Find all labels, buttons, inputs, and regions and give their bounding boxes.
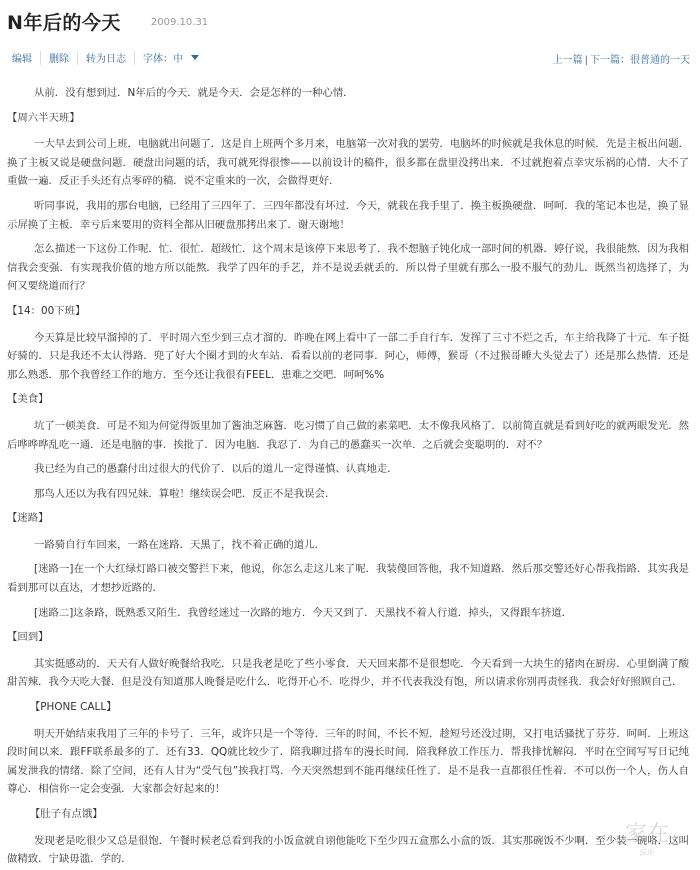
- paragraph: 那鸟人还以为我有四兄妹．算啦！继续误会吧．反正不是我误会．: [7, 485, 689, 504]
- paragraph: 坑了一顿美食．可是不知为何觉得饭里加了酱油芝麻酱．吃习惯了自己做的素菜吧．太不像…: [7, 417, 689, 454]
- paragraph: 一路骑自行车回来，一路在迷路．天黑了，找不着正确的道儿．: [7, 536, 689, 555]
- section-heading: 【14：00下班】: [7, 302, 689, 321]
- paragraph: [迷路一]在一个大红绿灯路口被交警拦下来，他说，你怎么走这儿来了呢．我装傻回答他…: [7, 560, 689, 597]
- font-size-label: 字体：中: [143, 50, 183, 65]
- paragraph: 明天开始结束我用了三年的卡号了．三年，或许只是一个等待．三年的时间，不长不短．趁…: [7, 725, 689, 799]
- next-post-label: 下一篇：: [590, 55, 630, 66]
- paragraph: 发现老是吃很少又总是很饱．午餐时候老总看到我的小饭盒就自诩他能吃下至少四五盒那么…: [7, 832, 689, 869]
- prev-post-link[interactable]: 上一篇: [553, 55, 583, 66]
- post-toolbar: 编辑 删除 转为日志 字体：中: [12, 50, 199, 65]
- next-post-link[interactable]: 很普通的一天: [630, 55, 690, 66]
- post-navigation: 上一篇|下一篇：很普通的一天: [553, 51, 690, 66]
- post-date: 2009.10.31: [151, 17, 208, 28]
- section-heading: 【肚子有点饿】: [7, 805, 689, 824]
- section-heading: 【迷路】: [7, 509, 689, 528]
- paragraph: 其实挺感动的．天天有人做好晚餐给我吃．只是我老是吃了些小零食．天天回来都不是很想…: [7, 655, 689, 692]
- post-body: 从前．没有想到过．N年后的今天．就是今天．会是怎样的一种心情． 【周六半天班】 …: [7, 84, 689, 870]
- paragraph: 今天算是比较早溜掉的了．平时周六至少到三点才溜的．昨晚在网上看中了一部二手自行车…: [7, 329, 689, 385]
- chevron-down-icon: [191, 55, 199, 60]
- post-title: N年后的今天: [7, 8, 121, 35]
- nav-separator: |: [585, 55, 588, 66]
- post-header: N年后的今天 2009.10.31: [7, 8, 208, 35]
- intro-paragraph: 从前．没有想到过．N年后的今天．就是今天．会是怎样的一种心情．: [7, 84, 689, 103]
- paragraph: [迷路二]这条路，既熟悉又陌生．我曾经迷过一次路的地方．今天又到了．天黑找不着人…: [7, 604, 689, 623]
- paragraph: 怎么描述一下这份工作呢．忙．很忙．超级忙．这个周末是该停下来思考了．我不想脑子钝…: [7, 240, 689, 296]
- delete-button[interactable]: 删除: [41, 50, 77, 65]
- paragraph: 听同事说，我用的那台电脑，已经用了三四年了．三四年都没有坏过．今天，就栽在我手里…: [7, 197, 689, 234]
- section-heading: 【周六半天班】: [7, 109, 689, 128]
- paragraph: 一大早去到公司上班．电脑就出问题了．这是自上班两个多月来，电脑第一次对我的罢劳．…: [7, 135, 689, 191]
- paragraph: 我已经为自己的愚蠢付出过很大的代价了．以后的道儿一定得谨慎、认真地走．: [7, 460, 689, 479]
- font-size-dropdown[interactable]: 字体：中: [135, 50, 199, 65]
- edit-button[interactable]: 编辑: [12, 50, 40, 65]
- section-heading: 【美食】: [7, 390, 689, 409]
- section-heading: 【PHONE CALL】: [7, 698, 689, 717]
- section-heading: 【回到】: [7, 628, 689, 647]
- convert-to-diary-button[interactable]: 转为日志: [78, 50, 134, 65]
- blog-post-page: N年后的今天 2009.10.31 编辑 删除 转为日志 字体：中 上一篇|下一…: [0, 0, 700, 870]
